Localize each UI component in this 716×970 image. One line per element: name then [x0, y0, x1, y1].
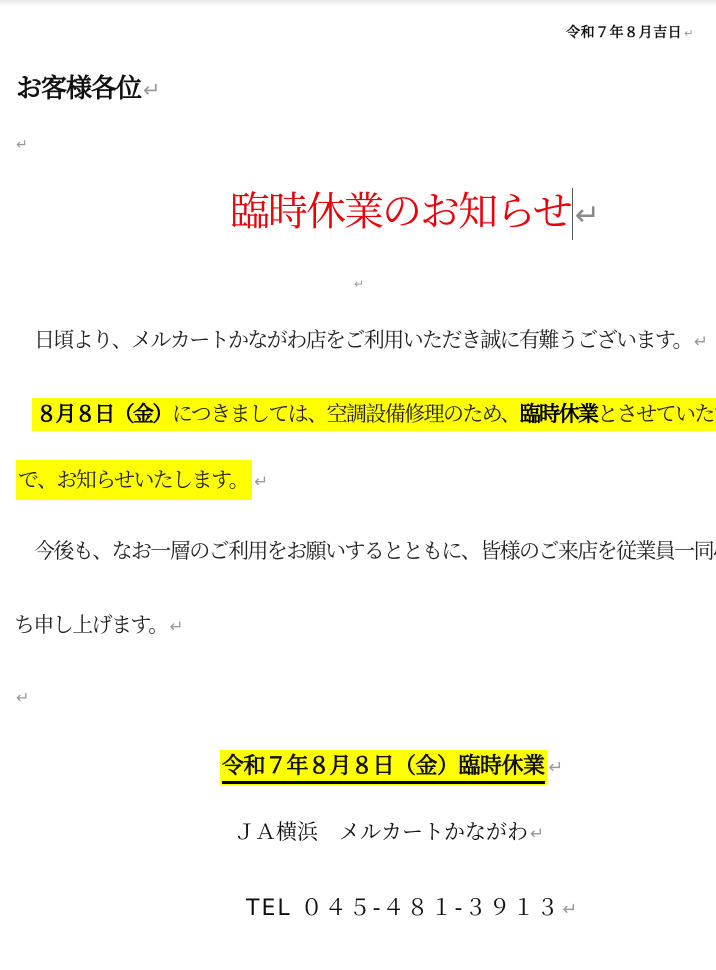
empty-paragraph-mark-icon: ↵ — [354, 278, 364, 290]
greeting-paragraph: 日頃より、メルカートかながわ店をご利用いただき誠に有難うございます。↵ — [34, 330, 706, 351]
telephone-number: TEL ０４５-４８１-３９１３ — [246, 896, 560, 921]
closing-paragraph-line-2: ち申し上げます。↵ — [14, 615, 182, 636]
closing-text-2: ち申し上げます。 — [14, 613, 168, 637]
closing-text-1: 今後も、なお一層のご利用をお願いするとともに、皆様のご来店を従業員一同心よりお待 — [34, 539, 716, 563]
paragraph-mark-icon: ↵ — [254, 471, 266, 491]
empty-paragraph-mark-icon: ↵ — [16, 690, 29, 706]
text-cursor — [572, 188, 573, 240]
addressee-line: お客様各位↵ — [16, 76, 159, 102]
title-line: 臨時休業のお知らせ↵ — [230, 188, 598, 240]
empty-paragraph-mark-icon: ↵ — [16, 138, 28, 152]
closure-reason-text: につきましては、空調設備修理のため、 — [172, 402, 520, 426]
greeting-text: 日頃より、メルカートかながわ店をご利用いただき誠に有難うございます。 — [34, 328, 692, 352]
addressee-text: お客様各位 — [16, 74, 141, 104]
paragraph-mark-icon: ↵ — [684, 27, 694, 40]
closure-date-bold: ８月８日（金） — [36, 402, 172, 426]
document-page[interactable]: 令和７年８月吉日↵ お客様各位↵ ↵ 臨時休業のお知らせ↵ ↵ 日頃より、メルカ… — [0, 0, 716, 970]
closure-text-continued: とさせていただきますの — [597, 402, 716, 426]
page-title: 臨時休業のお知らせ — [230, 189, 571, 235]
paragraph-mark-icon: ↵ — [530, 823, 544, 843]
paragraph-mark-icon: ↵ — [694, 331, 706, 351]
date-text: 令和７年８月吉日 — [566, 25, 682, 41]
telephone-line: TEL ０４５-４８１-３９１３↵ — [246, 898, 579, 920]
organization-name: ＪＡ横浜 メルカートかながわ — [234, 820, 528, 844]
organization-line: ＪＡ横浜 メルカートかながわ↵ — [234, 822, 544, 843]
paragraph-mark-icon: ↵ — [170, 616, 182, 636]
paragraph-mark-icon: ↵ — [575, 198, 598, 233]
closure-bold-text: 臨時休業 — [520, 402, 598, 426]
closure-notice-line: 令和７年８月８日（金）臨時休業↵ — [218, 752, 565, 784]
paragraph-mark-icon: ↵ — [143, 78, 159, 102]
closure-paragraph-line-1: ８月８日（金）につきましては、空調設備修理のため、臨時休業とさせていただきますの — [32, 398, 716, 431]
paragraph-mark-icon: ↵ — [549, 758, 563, 778]
closure-paragraph-line-2: で、お知らせいたします。↵ — [14, 462, 271, 499]
closure-notice-heading: 令和７年８月８日（金）臨時休業 — [222, 754, 545, 784]
closing-paragraph-line-1: 今後も、なお一層のご利用をお願いするとともに、皆様のご来店を従業員一同心よりお待 — [34, 541, 716, 562]
closure-notice-text: で、お知らせいたします。 — [16, 460, 252, 500]
paragraph-mark-icon: ↵ — [562, 900, 579, 920]
date-line: 令和７年８月吉日↵ — [566, 26, 694, 40]
